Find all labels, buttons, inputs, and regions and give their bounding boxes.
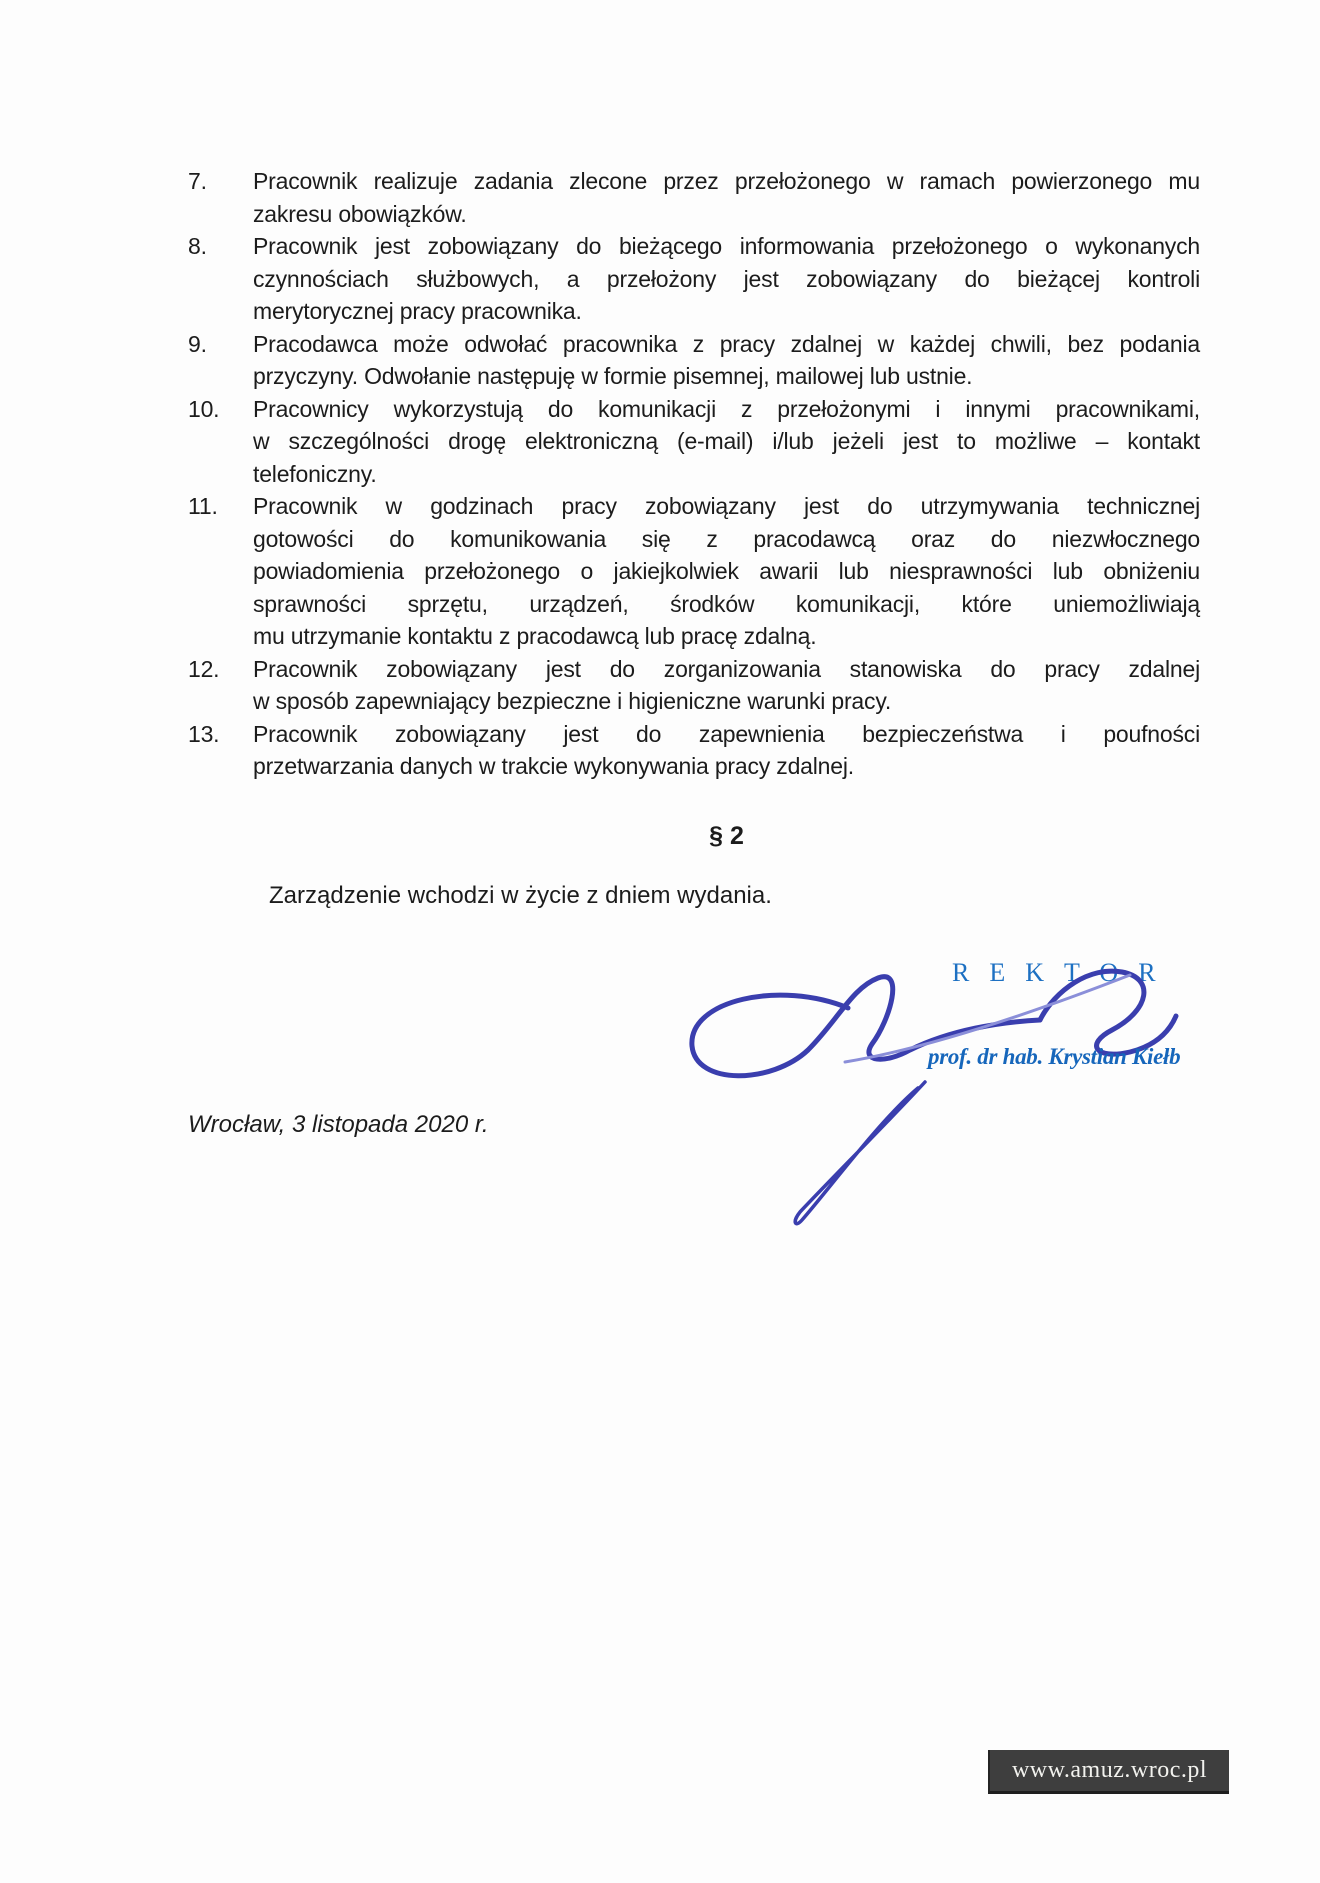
signature-scrawl-icon (640, 950, 1200, 1350)
item-text: Pracownik zobowiązany jest do zapewnieni… (253, 718, 1200, 783)
item-number: 8. (188, 230, 253, 263)
list-item: 12.Pracownik zobowiązany jest do zorgani… (188, 653, 1200, 718)
item-number: 9. (188, 328, 253, 361)
list-item: 8.Pracownik jest zobowiązany do bieżąceg… (188, 230, 1200, 328)
item-number: 11. (188, 490, 253, 523)
footer-url: www.amuz.wroc.pl (1012, 1757, 1207, 1784)
footer-url-bar: www.amuz.wroc.pl (988, 1750, 1229, 1794)
section-heading: § 2 (253, 820, 1200, 853)
list-item: 10.Pracownicy wykorzystują do komunikacj… (188, 393, 1200, 491)
list-item: 13.Pracownik zobowiązany jest do zapewni… (188, 718, 1200, 783)
ordinance-item-list: 7.Pracownik realizuje zadania zlecone pr… (188, 165, 1200, 783)
item-number: 12. (188, 653, 253, 686)
item-text: Pracownik jest zobowiązany do bieżącego … (253, 230, 1200, 328)
list-item: 7.Pracownik realizuje zadania zlecone pr… (188, 165, 1200, 230)
item-text: Pracodawca może odwołać pracownika z pra… (253, 328, 1200, 393)
list-item: 11.Pracownik w godzinach pracy zobowiąza… (188, 490, 1200, 653)
item-text: Pracownik zobowiązany jest do zorganizow… (253, 653, 1200, 718)
closing-sentence: Zarządzenie wchodzi w życie z dniem wyda… (269, 879, 1200, 912)
item-number: 10. (188, 393, 253, 426)
list-item: 9.Pracodawca może odwołać pracownika z p… (188, 328, 1200, 393)
item-text: Pracownicy wykorzystują do komunikacji z… (253, 393, 1200, 491)
item-number: 13. (188, 718, 253, 751)
item-text: Pracownik realizuje zadania zlecone prze… (253, 165, 1200, 230)
signatory-name: prof. dr hab. Krystian Kiełb (928, 1044, 1208, 1070)
item-number: 7. (188, 165, 253, 198)
item-text: Pracownik w godzinach pracy zobowiązany … (253, 490, 1200, 653)
document-page: 7.Pracownik realizuje zadania zlecone pr… (0, 0, 1320, 1883)
